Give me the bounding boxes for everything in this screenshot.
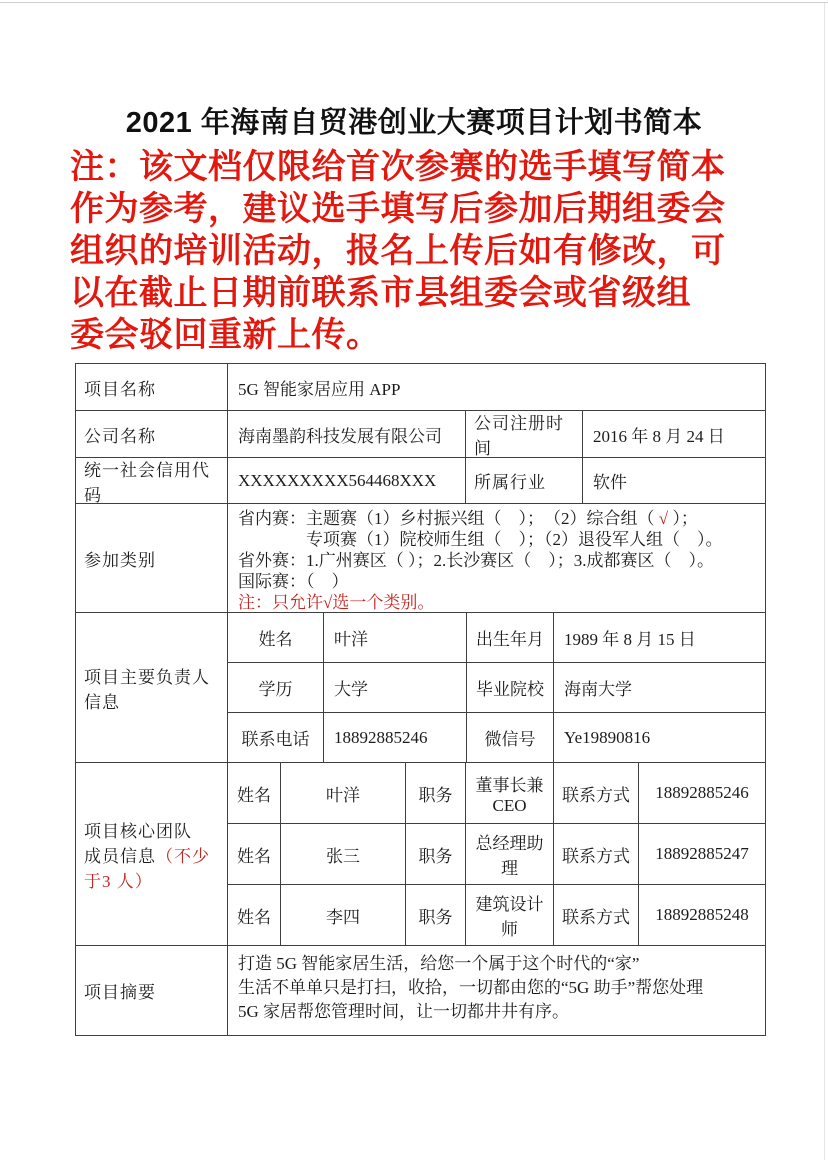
- leader-wechat-value: Ye19890816: [554, 713, 766, 763]
- leader-name-value: 叶洋: [324, 613, 467, 663]
- category-line-province: 省内赛：主题赛（1）乡村振兴组（ ）； （2）综合组（ √ ）；: [238, 508, 765, 529]
- company-name-value: 海南墨韵科技发展有限公司: [228, 411, 466, 458]
- member2-title-value: 总经理助理: [466, 824, 554, 885]
- industry-label: 所属行业: [466, 458, 583, 504]
- leader-name-label: 姓名: [228, 613, 324, 663]
- category-line-international: 国际赛：（ ）: [238, 571, 765, 592]
- summary-label: 项目摘要: [76, 946, 228, 1036]
- member3-name-label: 姓名: [228, 885, 281, 946]
- industry-value: 软件: [583, 458, 766, 504]
- team-row-2: 姓名 张三 职务 总经理助理 联系方式 18892885247: [228, 824, 766, 885]
- category-note: 注：只允许√选一个类别。: [238, 592, 765, 613]
- member2-contact-label: 联系方式: [554, 824, 639, 885]
- member3-contact-label: 联系方式: [554, 885, 639, 946]
- category-line-special: 专项赛（1）院校师生组（ ）；（2）退役军人组（ ）。: [238, 529, 765, 550]
- leader-college-value: 海南大学: [554, 663, 766, 713]
- member3-title-label: 职务: [406, 885, 466, 946]
- row-project-name: 项目名称 5G 智能家居应用 APP: [76, 364, 766, 411]
- leader-row-2: 学历 大学 毕业院校 海南大学: [228, 663, 766, 713]
- row-leader-info: 项目主要负责人信息 姓名 叶洋 出生年月 1989 年 8 月 15 日 学历 …: [76, 613, 766, 763]
- leader-birth-value: 1989 年 8 月 15 日: [554, 613, 766, 663]
- team-row-1: 姓名 叶洋 职务 董事长兼CEO 联系方式 18892885246: [228, 763, 766, 824]
- member3-contact-value: 18892885248: [639, 885, 766, 946]
- member2-title-label: 职务: [406, 824, 466, 885]
- member2-contact-value: 18892885247: [639, 824, 766, 885]
- leader-row-3: 联系电话 18892885246 微信号 Ye19890816: [228, 713, 766, 763]
- member2-name-label: 姓名: [228, 824, 281, 885]
- document-title: 2021 年海南自贸港创业大赛项目计划书简本: [0, 100, 828, 141]
- leader-phone-label: 联系电话: [228, 713, 324, 763]
- team-info-label: 项目核心团队 成员信息（不少于3 人）: [76, 763, 228, 946]
- leader-phone-value: 18892885246: [324, 713, 467, 763]
- page-right-edge: [824, 3, 825, 1160]
- leader-wechat-label: 微信号: [467, 713, 554, 763]
- leader-education-label: 学历: [228, 663, 324, 713]
- row-category: 参加类别 省内赛：主题赛（1）乡村振兴组（ ）； （2）综合组（ √ ）； 专项…: [76, 504, 766, 613]
- member1-contact-value: 18892885246: [639, 763, 766, 824]
- leader-row-1: 姓名 叶洋 出生年月 1989 年 8 月 15 日: [228, 613, 766, 663]
- member2-name-value: 张三: [281, 824, 406, 885]
- company-reg-date-label: 公司注册时间: [466, 411, 583, 458]
- project-name-label: 项目名称: [76, 364, 228, 411]
- member1-title-label: 职务: [406, 763, 466, 824]
- member1-title-value: 董事长兼CEO: [466, 763, 554, 824]
- project-name-value: 5G 智能家居应用 APP: [228, 364, 766, 411]
- team-row-3: 姓名 李四 职务 建筑设计师 联系方式 18892885248: [228, 885, 766, 946]
- credit-code-label: 统一社会信用代码: [76, 458, 228, 504]
- row-company: 公司名称 海南墨韵科技发展有限公司 公司注册时间 2016 年 8 月 24 日: [76, 411, 766, 458]
- leader-college-label: 毕业院校: [467, 663, 554, 713]
- member1-contact-label: 联系方式: [554, 763, 639, 824]
- member3-name-value: 李四: [281, 885, 406, 946]
- credit-code-value: XXXXXXXXX564468XXX: [228, 458, 466, 504]
- company-name-label: 公司名称: [76, 411, 228, 458]
- row-team-info: 项目核心团队 成员信息（不少于3 人） 姓名 叶洋 职务 董事长兼CEO 联系方…: [76, 763, 766, 946]
- row-summary: 项目摘要 打造 5G 智能家居生活，给您一个属于这个时代的“家” 生活不单单只是…: [76, 946, 766, 1036]
- company-reg-date-value: 2016 年 8 月 24 日: [583, 411, 766, 458]
- member3-title-value: 建筑设计师: [466, 885, 554, 946]
- notice-text: 注：该文档仅限给首次参赛的选手填写简本 作为参考，建议选手填写后参加后期组委会 …: [70, 146, 810, 356]
- summary-value: 打造 5G 智能家居生活，给您一个属于这个时代的“家” 生活不单单只是打扫，收拾…: [228, 946, 766, 1036]
- leader-birth-label: 出生年月: [467, 613, 554, 663]
- leader-education-value: 大学: [324, 663, 467, 713]
- category-check-mark: √: [659, 509, 668, 528]
- member1-name-value: 叶洋: [281, 763, 406, 824]
- row-credit-code: 统一社会信用代码 XXXXXXXXX564468XXX 所属行业 软件: [76, 458, 766, 504]
- category-label: 参加类别: [76, 504, 228, 613]
- member1-name-label: 姓名: [228, 763, 281, 824]
- category-line-outside: 省外赛：1.广州赛区（ ）；2.长沙赛区（ ）；3.成都赛区（ ）。: [238, 550, 765, 571]
- project-form-table: 项目名称 5G 智能家居应用 APP 公司名称 海南墨韵科技发展有限公司 公司注…: [75, 363, 766, 1036]
- leader-info-label: 项目主要负责人信息: [76, 613, 228, 763]
- category-options: 省内赛：主题赛（1）乡村振兴组（ ）； （2）综合组（ √ ）； 专项赛（1）院…: [228, 504, 766, 613]
- page-top-edge: [0, 2, 828, 3]
